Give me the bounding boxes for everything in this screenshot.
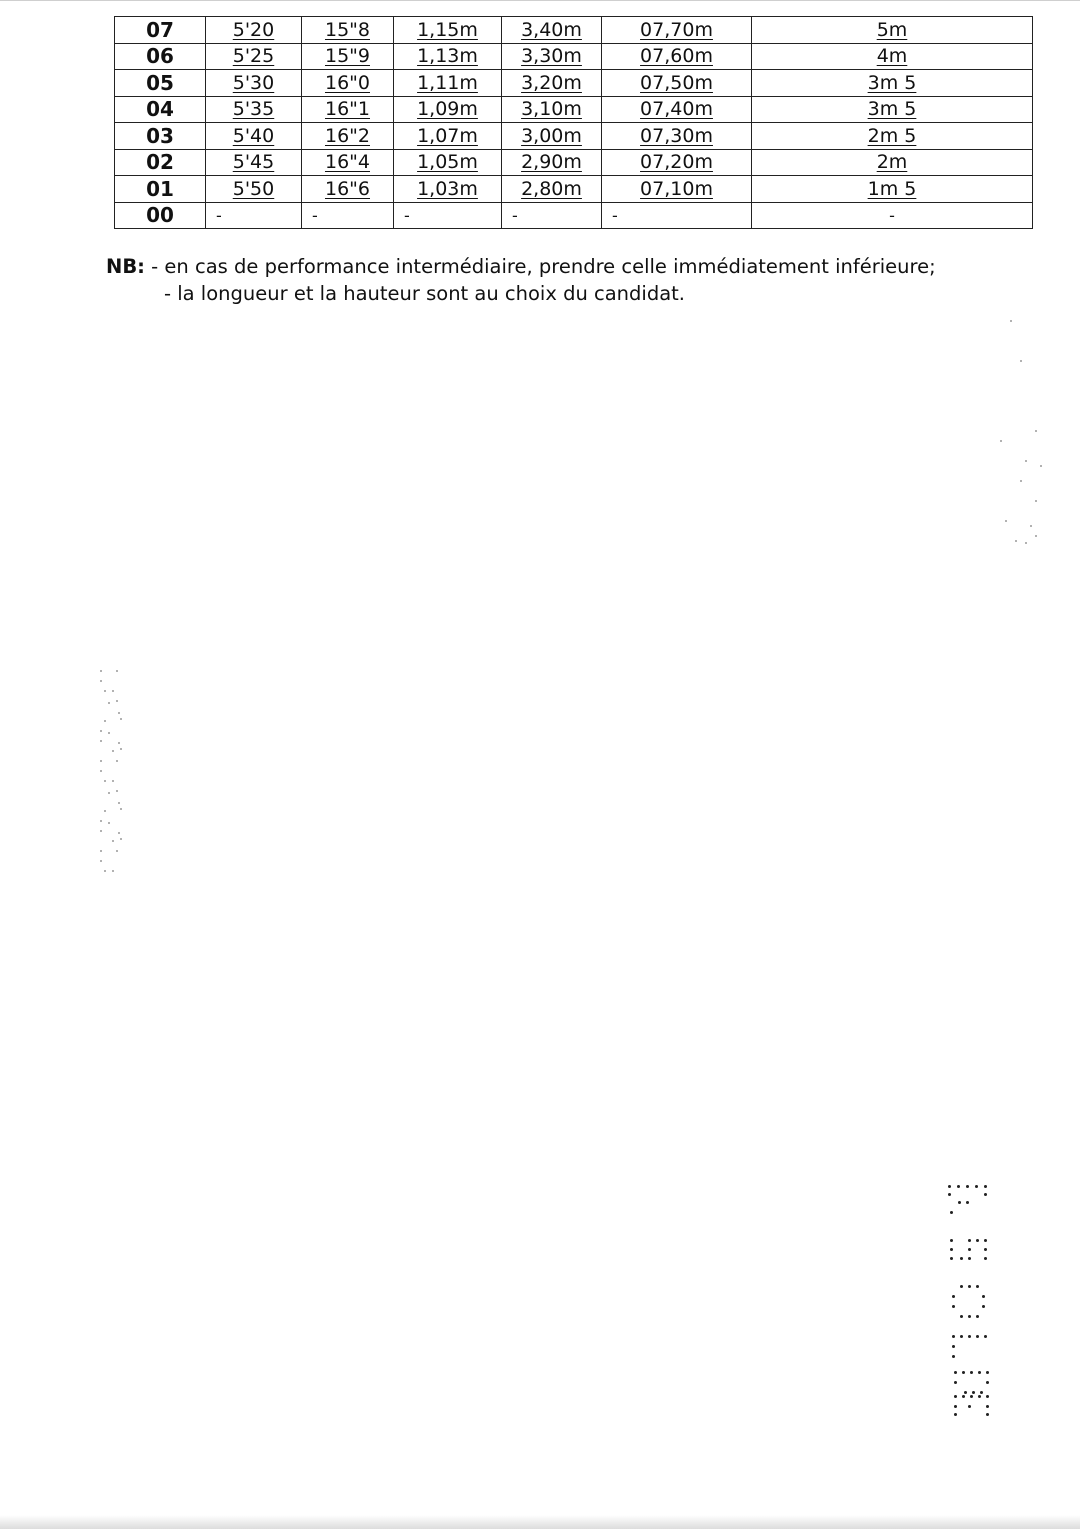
table-cell: 2m 5 xyxy=(752,123,1033,150)
table-cell: 1m 5 xyxy=(752,176,1033,203)
table-cell: 3,00m xyxy=(502,123,602,150)
table-cell: 5'35 xyxy=(206,96,302,123)
table-cell: 3,40m xyxy=(502,17,602,44)
table-row: 035'4016"21,07m3,00m07,30m2m 5 xyxy=(115,123,1033,150)
table-cell: 3m 5 xyxy=(752,70,1033,97)
row-grade-cell: 03 xyxy=(115,123,206,150)
row-grade-cell: 00 xyxy=(115,202,206,229)
table-cell: 5'45 xyxy=(206,149,302,176)
page-bottom-edge xyxy=(0,1515,1080,1529)
perforation-stamp-right xyxy=(948,1185,1008,1415)
table-cell: 1,05m xyxy=(394,149,502,176)
page-top-edge xyxy=(0,0,1080,1)
scores-table: 075'2015"81,15m3,40m07,70m5m065'2515"91,… xyxy=(114,16,1033,229)
table-cell: 1,15m xyxy=(394,17,502,44)
table-cell: 16"4 xyxy=(302,149,394,176)
table-row: 075'2015"81,15m3,40m07,70m5m xyxy=(115,17,1033,44)
table-cell: 07,30m xyxy=(602,123,752,150)
table-cell: 3m 5 xyxy=(752,96,1033,123)
row-grade-cell: 05 xyxy=(115,70,206,97)
table-cell: 5'50 xyxy=(206,176,302,203)
table-cell: 5'25 xyxy=(206,43,302,70)
table-row: 065'2515"91,13m3,30m07,60m4m xyxy=(115,43,1033,70)
table-cell: 2,80m xyxy=(502,176,602,203)
table-cell: 07,20m xyxy=(602,149,752,176)
table-cell: 3,20m xyxy=(502,70,602,97)
table-cell: 3,10m xyxy=(502,96,602,123)
table-cell: 15"8 xyxy=(302,17,394,44)
table-cell: 16"0 xyxy=(302,70,394,97)
table-cell: 1,13m xyxy=(394,43,502,70)
row-grade-cell: 07 xyxy=(115,17,206,44)
nb-note: NB: - en cas de performance intermédiair… xyxy=(106,253,936,307)
nb-text-1: - en cas de performance intermédiaire, p… xyxy=(145,255,936,278)
table-row: 00------ xyxy=(115,202,1033,229)
table-cell: 5'30 xyxy=(206,70,302,97)
table-cell: 16"2 xyxy=(302,123,394,150)
table-cell: 3,30m xyxy=(502,43,602,70)
table-row: 015'5016"61,03m2,80m07,10m1m 5 xyxy=(115,176,1033,203)
table-cell: 5'40 xyxy=(206,123,302,150)
table-cell: - xyxy=(752,202,1033,229)
table-cell: - xyxy=(502,202,602,229)
table-cell: 5m xyxy=(752,17,1033,44)
table-cell: 1,09m xyxy=(394,96,502,123)
nb-line-2: - la longueur et la hauteur sont au choi… xyxy=(106,280,936,307)
table-cell: - xyxy=(602,202,752,229)
table-cell: 2,90m xyxy=(502,149,602,176)
table-cell: 1,11m xyxy=(394,70,502,97)
table-cell: - xyxy=(206,202,302,229)
table-row: 045'3516"11,09m3,10m07,40m3m 5 xyxy=(115,96,1033,123)
table-cell: 5'20 xyxy=(206,17,302,44)
table-cell: - xyxy=(394,202,502,229)
table-cell: 1,03m xyxy=(394,176,502,203)
table-cell: 15"9 xyxy=(302,43,394,70)
table-cell: 16"1 xyxy=(302,96,394,123)
table-cell: 07,70m xyxy=(602,17,752,44)
table-cell: 2m xyxy=(752,149,1033,176)
table-row: 025'4516"41,05m2,90m07,20m2m xyxy=(115,149,1033,176)
perforation-marks-edge xyxy=(990,320,1050,550)
nb-label: NB: xyxy=(106,255,145,278)
row-grade-cell: 02 xyxy=(115,149,206,176)
table-cell: 4m xyxy=(752,43,1033,70)
table-cell: - xyxy=(302,202,394,229)
table-cell: 07,40m xyxy=(602,96,752,123)
table-row: 055'3016"01,11m3,20m07,50m3m 5 xyxy=(115,70,1033,97)
row-grade-cell: 04 xyxy=(115,96,206,123)
table-cell: 07,10m xyxy=(602,176,752,203)
perforation-stamp-left xyxy=(96,670,136,880)
table-cell: 1,07m xyxy=(394,123,502,150)
table-cell: 07,50m xyxy=(602,70,752,97)
table-cell: 07,60m xyxy=(602,43,752,70)
table-cell: 16"6 xyxy=(302,176,394,203)
nb-line-1: NB: - en cas de performance intermédiair… xyxy=(106,253,936,280)
row-grade-cell: 06 xyxy=(115,43,206,70)
row-grade-cell: 01 xyxy=(115,176,206,203)
